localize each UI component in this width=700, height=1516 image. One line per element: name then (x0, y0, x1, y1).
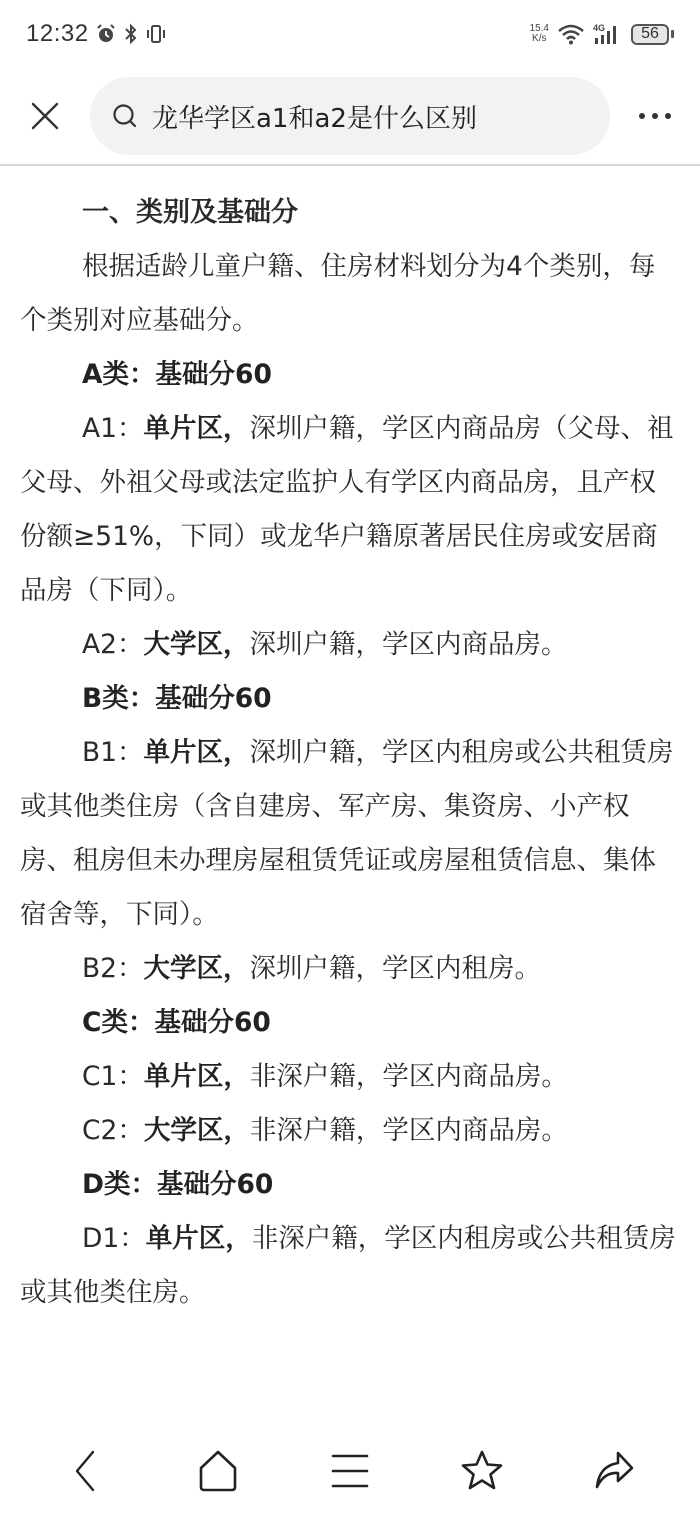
search-icon (112, 103, 138, 129)
more-icon-dot (665, 113, 671, 119)
status-right: 15.4 K/s 4G 56 (530, 22, 674, 46)
favorite-button[interactable] (442, 1431, 522, 1511)
category-heading-a: A类：基础分60 (20, 348, 680, 402)
item-code: A1： (82, 413, 144, 444)
vibrate-icon (145, 23, 167, 45)
status-time: 12:32 (26, 20, 89, 48)
search-query: 龙华学区a1和a2是什么区别 (152, 98, 477, 135)
item-code: D1： (82, 1223, 146, 1254)
star-icon (460, 1449, 504, 1493)
category-item-b2: B2：大学区，深圳户籍，学区内租房。 (20, 942, 680, 996)
item-type: 大学区， (144, 1115, 250, 1146)
bluetooth-icon (123, 23, 139, 45)
battery-tip (671, 30, 674, 38)
more-icon (639, 113, 645, 119)
item-desc: 非深户籍，学区内商品房。 (250, 1061, 568, 1092)
close-icon (30, 101, 60, 131)
battery-level: 56 (631, 24, 669, 45)
more-options-button[interactable] (610, 67, 700, 165)
item-code: C1： (82, 1061, 144, 1092)
item-code: B1： (82, 737, 144, 768)
menu-button[interactable] (310, 1431, 390, 1511)
category-item-c1: C1：单片区，非深户籍，学区内商品房。 (20, 1050, 680, 1104)
home-icon (196, 1449, 240, 1493)
battery-indicator: 56 (631, 24, 674, 45)
item-type: 大学区， (144, 953, 250, 984)
item-type: 单片区， (144, 1061, 250, 1092)
article-body: 一、类别及基础分 根据适龄儿童户籍、住房材料划分为4个类别，每个类别对应基础分。… (0, 186, 700, 1320)
close-button[interactable] (0, 67, 90, 165)
item-code: A2： (82, 629, 144, 660)
item-type: 单片区， (144, 413, 250, 444)
item-type: 单片区， (146, 1223, 252, 1254)
cellular-signal-icon: 4G (593, 22, 623, 46)
category-heading-b: B类：基础分60 (20, 672, 680, 726)
alarm-icon (95, 23, 117, 45)
item-type: 大学区， (144, 629, 250, 660)
status-bar: 12:32 15.4 K/s 4G 56 (0, 0, 700, 68)
category-item-a2: A2：大学区，深圳户籍，学区内商品房。 (20, 618, 680, 672)
svg-text:4G: 4G (593, 23, 605, 33)
intro-paragraph: 根据适龄儿童户籍、住房材料划分为4个类别，每个类别对应基础分。 (20, 240, 680, 348)
share-button[interactable] (574, 1431, 654, 1511)
search-input[interactable]: 龙华学区a1和a2是什么区别 (90, 77, 610, 155)
category-item-a1: A1：单片区，深圳户籍，学区内商品房（父母、祖父母、外祖父母或法定监护人有学区内… (20, 402, 680, 618)
back-button[interactable] (46, 1431, 126, 1511)
item-code: B2： (82, 953, 144, 984)
share-icon (592, 1449, 636, 1493)
item-code: C2： (82, 1115, 144, 1146)
item-desc: 深圳户籍，学区内商品房。 (250, 629, 568, 660)
category-item-d1: D1：单片区，非深户籍，学区内租房或公共租赁房或其他类住房。 (20, 1212, 680, 1320)
item-desc: 非深户籍，学区内商品房。 (250, 1115, 568, 1146)
menu-icon (330, 1451, 370, 1491)
network-speed: 15.4 K/s (530, 24, 549, 44)
section-title: 一、类别及基础分 (20, 186, 680, 240)
back-icon (71, 1449, 101, 1493)
bottom-navigation (0, 1425, 700, 1516)
wifi-icon (557, 23, 585, 45)
category-heading-c: C类：基础分60 (20, 996, 680, 1050)
category-heading-d: D类：基础分60 (20, 1158, 680, 1212)
item-type: 单片区， (144, 737, 250, 768)
category-item-c2: C2：大学区，非深户籍，学区内商品房。 (20, 1104, 680, 1158)
category-item-b1: B1：单片区，深圳户籍，学区内租房或公共租赁房或其他类住房（含自建房、军产房、集… (20, 726, 680, 942)
home-button[interactable] (178, 1431, 258, 1511)
search-top-bar: 龙华学区a1和a2是什么区别 (0, 68, 700, 166)
status-left: 12:32 (26, 20, 167, 48)
more-icon-dot (652, 113, 658, 119)
item-desc: 深圳户籍，学区内租房。 (250, 953, 542, 984)
network-speed-unit: K/s (530, 34, 549, 44)
